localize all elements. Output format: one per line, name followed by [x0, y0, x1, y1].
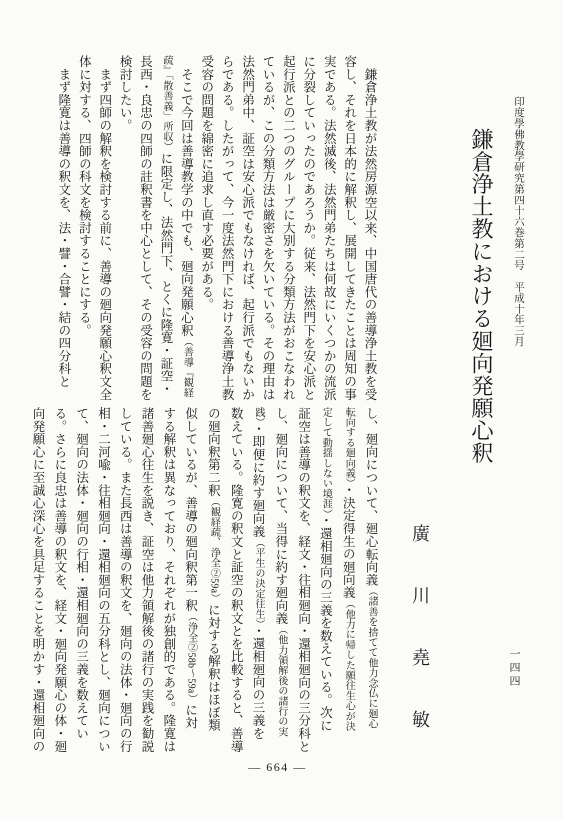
text-column: する解釈は異なっており、それぞれが独創的である。隆寛は — [157, 407, 179, 793]
text-column: 起行派との二つのグループに大別する分類方法がおこなわれ — [278, 55, 298, 405]
article-title: 鎌倉浄土教における廻向発願心釈 — [466, 128, 497, 464]
text-column: 検討したい。 — [115, 55, 135, 405]
text-column: 実である。法然滅後、法然門弟たちは何故にいくつかの流派 — [319, 55, 339, 405]
text-column: に分裂していったのであろうか。従来、法然門下を安心派と — [298, 55, 318, 405]
text-column: し、廻向について、当得に約す廻向義（他力領解後の諸行の実 — [269, 407, 292, 793]
text-column: 転向する廻向義）・決定得生の廻向義（他力に帰した願往生心が決 — [336, 407, 359, 793]
text-column: 法然門弟中、証空は安心派でもなければ、起行派でもないか — [237, 55, 257, 405]
text-column: し、廻向について、廻心転向義（諸善を捨てて他力念仏に廻心 — [359, 407, 382, 793]
text-column: 疏』「散善義」所収）に限定し、法然門下、とくに隆寛・証空・ — [156, 55, 176, 405]
journal-running-head: 印度學佛教學研究第四十六巻第二号 平成十年三月 — [511, 96, 526, 347]
author-name: 廣川堯敏 — [407, 524, 433, 772]
text-column: まず隆寛は善導の釈文を、法・譬・合譬・結の四分科と — [54, 55, 74, 405]
text-column: そこで今回は善導教学の中でも、廻向発願心釈（善導『観経 — [176, 55, 196, 405]
text-column: 相・二河喩・往相廻向・還相廻向の五分科とし、廻向につい — [92, 407, 114, 793]
scanned-paper-page: 印度學佛教學研究第四十六巻第二号 平成十年三月 鎌倉浄土教における廻向発願心釈 … — [0, 0, 563, 819]
text-column: 似しているが、善導の廻向釈第一釈（浄全②58b〜59a）に対 — [179, 407, 202, 793]
text-column: らである。したがって、今一度法然門下における善導浄土教 — [217, 55, 237, 405]
text-column: 体に対する、四師の科文を検討することにする。 — [74, 55, 94, 405]
text-column: 践）・即便に約す廻向義（平生の決定往生）・還相廻向の三義を — [246, 407, 269, 793]
body-block-upper: 鎌倉浄土教が法然房源空以来、中国唐代の善導浄土教を受 容し、それを日本的に解釈し… — [54, 55, 381, 405]
body-block-lower: し、廻向について、廻心転向義（諸善を捨てて他力念仏に廻心 転向する廻向義）・決定… — [26, 407, 382, 793]
text-column: 向発願心に至誠心深心を具足することを明かす・還相廻向の — [26, 407, 48, 793]
text-column: 数えている。隆寛の釈文と証空の釈文とを比較すると、善導 — [224, 407, 246, 793]
text-column: 受容の問題を綿密に追求し直す必要がある。 — [196, 55, 216, 405]
text-column: 長西・良忠の四師の註釈書を中心として、その受容の問題を — [135, 55, 155, 405]
text-column: している。また長西は善導の釈文を、廻向の法体・廻向の行 — [113, 407, 135, 793]
text-column: 鎌倉浄土教が法然房源空以来、中国唐代の善導浄土教を受 — [360, 55, 380, 405]
text-column: て、廻向の法体・廻向の行相・還相廻向の三義を数えてい — [70, 407, 92, 793]
page-number-footer: — 664 — — [0, 760, 555, 775]
text-column: 定して動揺しない境涯）・還相廻向の三義を数えている。次に — [314, 407, 337, 793]
text-column: 諸善廻心往生を説き、証空は他力領解後の諸行の実践を勧説 — [135, 407, 157, 793]
text-column: 容し、それを日本的に解釈し、展開してきたことは周知の事 — [339, 55, 359, 405]
folio-number-kanji: 一四四 — [506, 648, 522, 689]
text-column: ているが、この分類方法は厳密さを欠いている。その理由は — [258, 55, 278, 405]
text-column: 証空は善導の釈文を、経文・往相廻向・還相廻向の三分科と — [292, 407, 314, 793]
text-column: まず四師の解釈を検討する前に、善導の廻向発願心釈文全 — [94, 55, 114, 405]
text-column: る。さらに良忠は善導の釈文を、経文・廻向発願心の体・廻 — [48, 407, 70, 793]
text-column: の廻向釈第二釈（観経疏、浄全②59a）に対する解釈はほぼ類 — [202, 407, 225, 793]
